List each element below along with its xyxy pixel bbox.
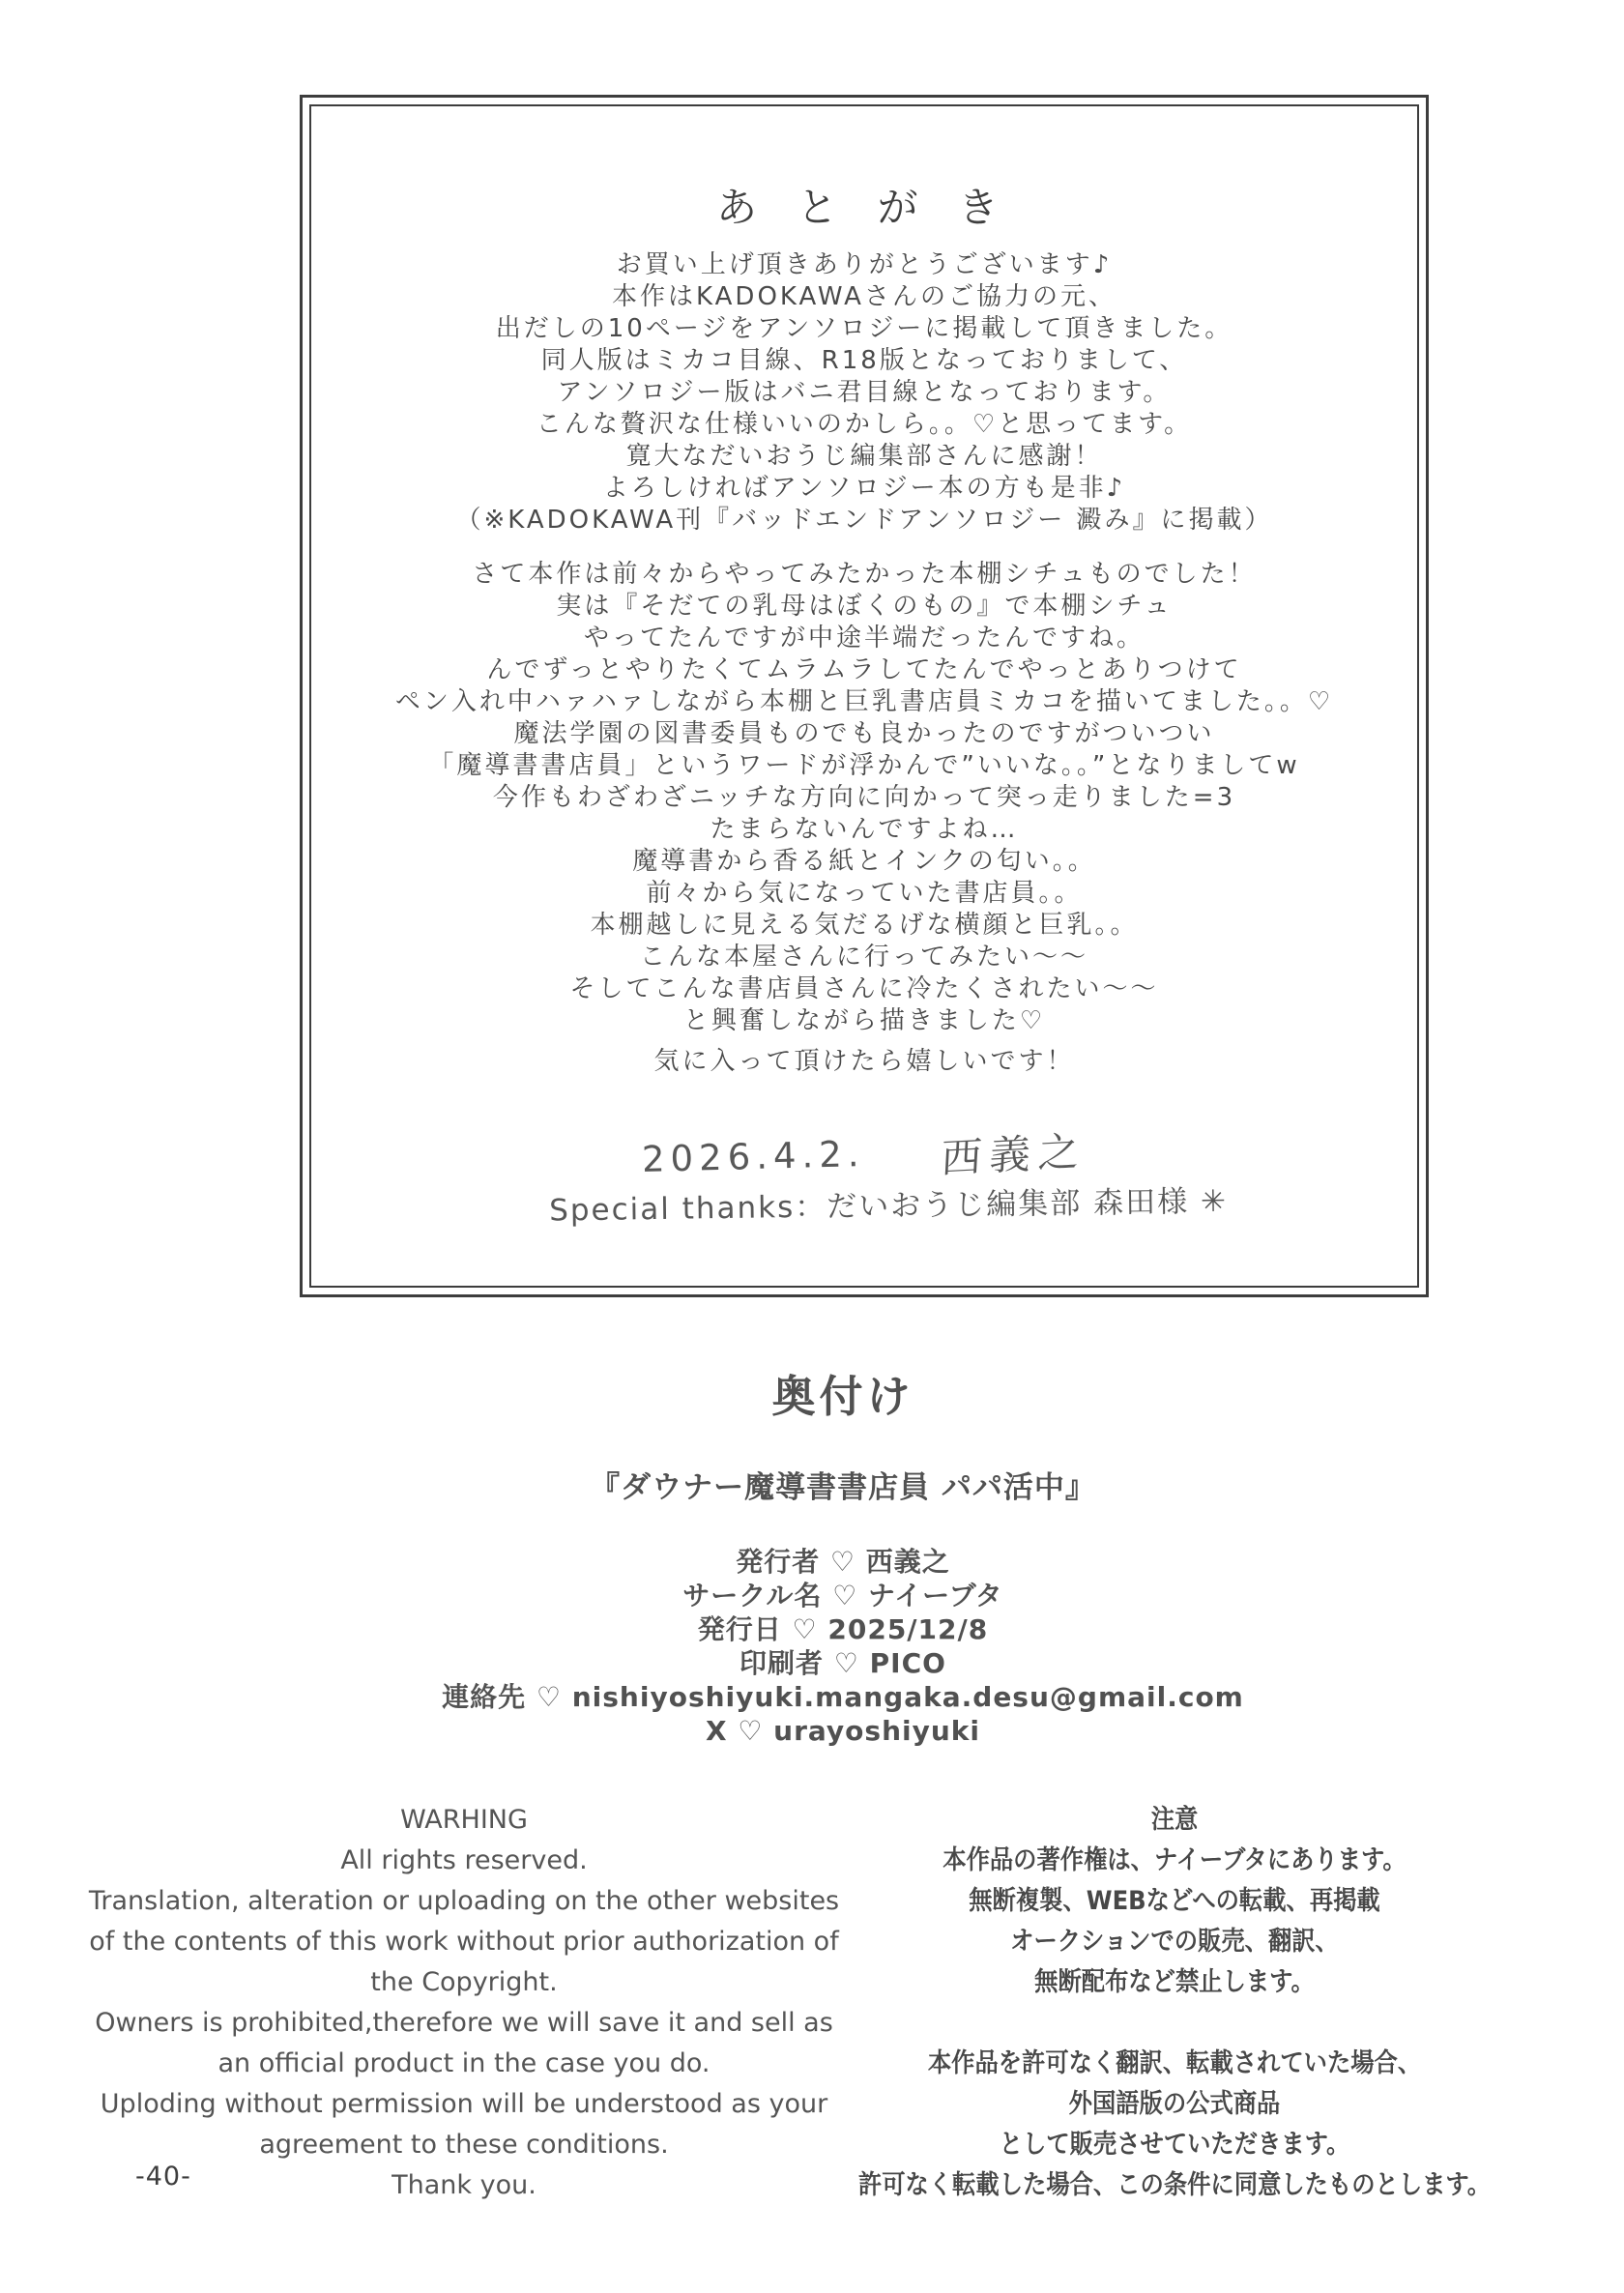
notice-line: 無断複製、WEBなどへの転載、再掲載	[770, 1881, 1580, 1922]
afterword-line: と興奮しながら描きました♡	[311, 1005, 1417, 1037]
author-signature: 西義之	[940, 1119, 1088, 1185]
afterword-line: こんな贅沢な仕様いいのかしら。。♡と思ってます。	[311, 409, 1417, 441]
afterword-title: あ と が き	[311, 176, 1417, 234]
afterword-line: こんな本屋さんに行ってみたい～～	[311, 942, 1417, 973]
afterword-line: お買い上げ頂きありがとうございます♪	[311, 249, 1417, 281]
notice-paragraph-gap	[770, 2003, 1580, 2044]
page-number: -40-	[135, 2162, 191, 2191]
afterword-line: 魔法学園の図書委員ものでも良かったのですがついつい	[311, 718, 1417, 750]
afterword-paragraph-1: お買い上げ頂きありがとうございます♪ 本作はKADOKAWAさんのご協力の元、 …	[311, 249, 1417, 537]
handwritten-date: 2026.4.2.	[641, 1133, 865, 1180]
notice-line: 許可なく転載した場合、この条件に同意したものとします。	[770, 2165, 1580, 2206]
afterword-line: 今作もわざわざニッチな方向に向かって突っ走りました=3	[311, 782, 1417, 814]
special-thanks: Special thanks：だいおうじ編集部 森田様 ✳	[311, 1174, 1418, 1233]
notice-line: オークションでの販売、翻訳、	[770, 1922, 1580, 1962]
afterword-line: 寛大なだいおうじ編集部さんに感謝！	[311, 441, 1417, 473]
notice-line: 本作品の著作権は、ナイーブタにあります。	[770, 1841, 1580, 1881]
afterword-line: 出だしの10ページをアンソロジーに掲載して頂きました。	[311, 313, 1417, 345]
colophon-publisher: 発行者 ♡ 西義之	[62, 1545, 1624, 1579]
afterword-line: アンソロジー版はバニ君目線となっております。	[311, 377, 1417, 409]
afterword-inner-frame: あ と が き お買い上げ頂きありがとうございます♪ 本作はKADOKAWAさん…	[309, 104, 1419, 1288]
afterword-line: たまらないんですよね…	[311, 814, 1417, 846]
doujinshi-afterword-page: あ と が き お買い上げ頂きありがとうございます♪ 本作はKADOKAWAさん…	[0, 0, 1624, 2293]
afterword-box: あ と が き お買い上げ頂きありがとうございます♪ 本作はKADOKAWAさん…	[300, 95, 1429, 1297]
afterword-paragraph-2: さて本作は前々からやってみたかった本棚シチュものでした！ 実は『そだての乳母はぼ…	[311, 559, 1417, 1037]
notice-line: 無断配布など禁止します。	[770, 1962, 1580, 2003]
afterword-line: 実は『そだての乳母はぼくのもの』で本棚シチュ	[311, 591, 1417, 623]
notice-line: 本作品を許可なく翻訳、転載されていた場合、	[770, 2044, 1580, 2084]
colophon-printer: 印刷者 ♡ PICO	[62, 1646, 1624, 1680]
afterword-line: 本棚越しに見える気だるげな横顔と巨乳。。	[311, 910, 1417, 942]
colophon-circle: サークル名 ♡ ナイーブタ	[62, 1579, 1624, 1612]
afterword-line: んでずっとやりたくてムラムラしてたんでやっとありつけて	[311, 654, 1417, 686]
colophon-title: 奥付け	[62, 1361, 1624, 1424]
afterword-line: 同人版はミカコ目線、R18版となっておりまして、	[311, 345, 1417, 377]
notice-line: 外国語版の公式商品	[770, 2084, 1580, 2125]
colophon-x-account: X ♡ urayoshiyuki	[62, 1714, 1624, 1748]
book-title: 『ダウナー魔導書書店員 パパ活中』	[62, 1463, 1624, 1506]
colophon-publication-date: 発行日 ♡ 2025/12/8	[62, 1612, 1624, 1646]
afterword-dateline: 2026.4.2. 西義之	[311, 1123, 1417, 1181]
afterword-line: よろしければアンソロジー本の方も是非♪	[311, 473, 1417, 505]
afterword-line: 前々から気になっていた書店員。。	[311, 878, 1417, 910]
colophon-contact-email: 連絡先 ♡ nishiyoshiyuki.mangaka.desu@gmail.…	[62, 1680, 1624, 1714]
afterword-line: さて本作は前々からやってみたかった本棚シチュものでした！	[311, 559, 1417, 591]
notice-title: 注意	[770, 1800, 1580, 1841]
notice-line: として販売させていただきます。	[770, 2125, 1580, 2165]
afterword-line: そしてこんな書店員さんに冷たくされたい～～	[311, 973, 1417, 1005]
afterword-line: 本作はKADOKAWAさんのご協力の元、	[311, 281, 1417, 313]
colophon-section: 奥付け 『ダウナー魔導書書店員 パパ活中』 発行者 ♡ 西義之 サークル名 ♡ …	[0, 1361, 1624, 1748]
afterword-closing: 気に入って頂けたら嬉しいです！	[311, 1046, 1417, 1078]
afterword-line: （※KADOKAWA刊『バッドエンドアンソロジー 澱み』に掲載）	[311, 505, 1417, 537]
notice-japanese: 注意 本作品の著作権は、ナイーブタにあります。 無断複製、WEBなどへの転載、再…	[770, 1800, 1580, 2206]
afterword-line: 魔導書から香る紙とインクの匂い。。	[311, 846, 1417, 878]
afterword-line: やってたんですが中途半端だったんですね。	[311, 623, 1417, 654]
afterword-line: ペン入れ中ハァハァしながら本棚と巨乳書店員ミカコを描いてました。。♡	[311, 686, 1417, 718]
afterword-line: 「魔導書書店員」というワードが浮かんで”いいな。。”となりましてw	[311, 750, 1417, 782]
colophon-details: 発行者 ♡ 西義之 サークル名 ♡ ナイーブタ 発行日 ♡ 2025/12/8 …	[62, 1545, 1624, 1748]
